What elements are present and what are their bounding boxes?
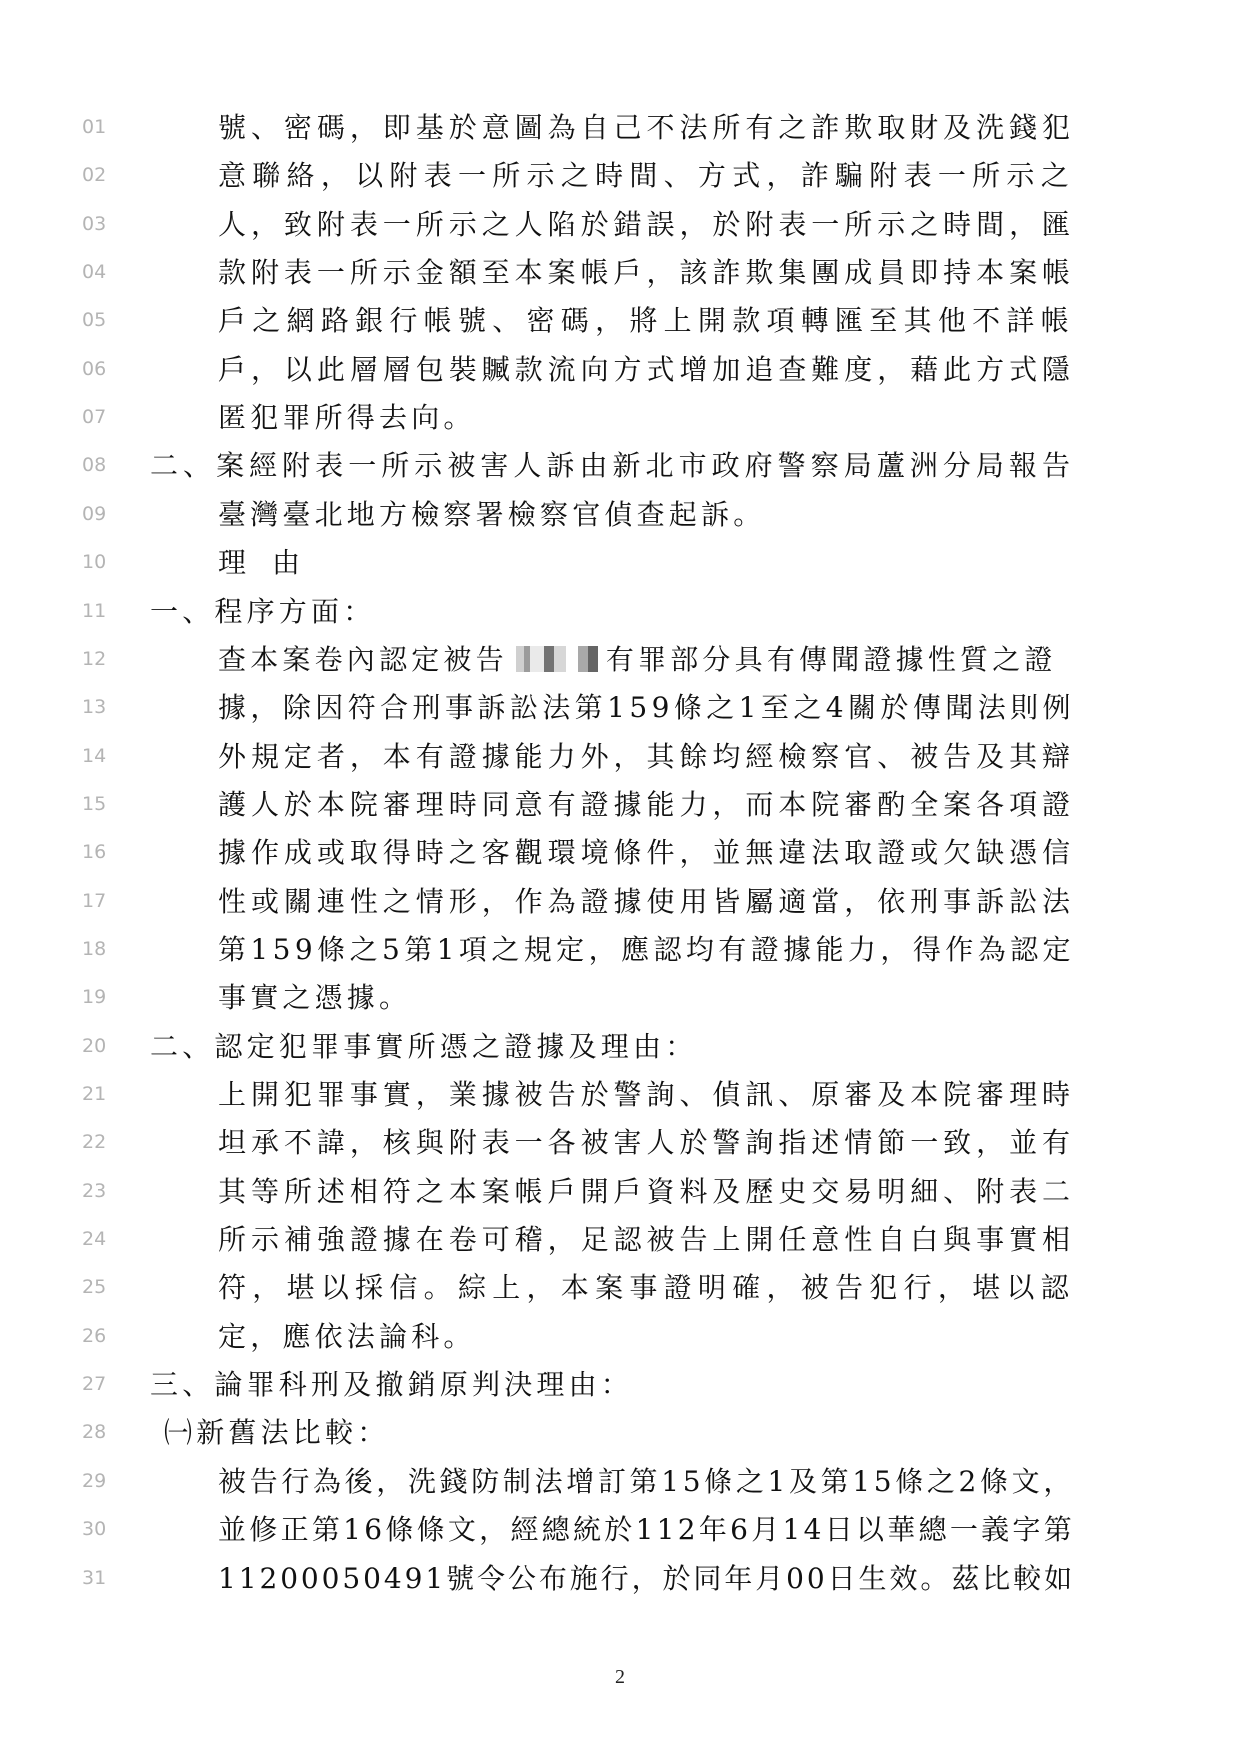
line-number: 26	[82, 1325, 122, 1347]
line-number: 10	[82, 551, 122, 573]
document-line: 23其等所述相符之本案帳戶開戶資料及歷史交易明細、附表二	[0, 1170, 1240, 1218]
line-number: 24	[82, 1228, 122, 1250]
line-text: 款附表一所示金額至本案帳戶，該詐欺集團成員即持本案帳	[218, 255, 1075, 291]
line-number: 04	[82, 261, 122, 283]
document-line: 29被告行為後，洗錢防制法增訂第15條之1及第15條之2條文，	[0, 1460, 1240, 1508]
document-line: 05戶之網路銀行帳號、密碼，將上開款項轉匯至其他不詳帳	[0, 299, 1240, 347]
reasons-title: 理由	[218, 545, 326, 581]
line-number: 14	[82, 745, 122, 767]
document-line: 16據作成或取得時之客觀環境條件，並無違法取證或欠缺憑信	[0, 831, 1240, 879]
subsection-heading: ㈠新舊法比較：	[164, 1415, 389, 1451]
line-text: 據，除因符合刑事訴訟法第159條之1至之4關於傳聞法則例	[218, 690, 1075, 726]
line-number: 03	[82, 213, 122, 235]
document-line: 28㈠新舊法比較：	[0, 1411, 1240, 1459]
section-heading: 二、案經附表一所示被害人訴由新北市政府警察局蘆洲分局報告	[150, 448, 1075, 484]
line-number: 29	[82, 1470, 122, 1492]
section-heading: 二、認定犯罪事實所憑之證據及理由：	[150, 1029, 697, 1065]
document-line: 03人，致附表一所示之人陷於錯誤，於附表一所示之時間，匯	[0, 203, 1240, 251]
document-line: 24所示補強證據在卷可稽，足認被告上開任意性自白與事實相	[0, 1218, 1240, 1266]
line-number: 09	[82, 503, 122, 525]
line-number: 30	[82, 1518, 122, 1540]
line-text: 符，堪以採信。綜上，本案事證明確，被告犯行，堪以認	[218, 1270, 1075, 1306]
line-text: 性或關連性之情形，作為證據使用皆屬適當，依刑事訴訟法	[218, 884, 1075, 920]
line-text: 所示補強證據在卷可稽，足認被告上開任意性自白與事實相	[218, 1222, 1075, 1258]
document-line: 13據，除因符合刑事訴訟法第159條之1至之4關於傳聞法則例	[0, 686, 1240, 734]
line-number: 15	[82, 793, 122, 815]
document-line: 20二、認定犯罪事實所憑之證據及理由：	[0, 1025, 1240, 1073]
line-text: 11200050491號令公布施行，於同年月00日生效。茲比較如	[218, 1561, 1075, 1597]
line-text: 事實之憑據。	[218, 980, 411, 1016]
section-heading: 三、論罪科刑及撤銷原判決理由：	[150, 1367, 633, 1403]
document-page: 01號、密碼，即基於意圖為自己不法所有之詐欺取財及洗錢犯02意聯絡，以附表一所示…	[0, 0, 1240, 1755]
line-number: 28	[82, 1421, 122, 1443]
line-number: 11	[82, 600, 122, 622]
line-text: 坦承不諱，核與附表一各被害人於警詢指述情節一致，並有	[218, 1125, 1075, 1161]
redacted-name-block	[508, 646, 606, 672]
document-line: 07匿犯罪所得去向。	[0, 396, 1240, 444]
line-number: 05	[82, 309, 122, 331]
line-number: 21	[82, 1083, 122, 1105]
line-text: 上開犯罪事實，業據被告於警詢、偵訊、原審及本院審理時	[218, 1077, 1075, 1113]
line-text: 被告行為後，洗錢防制法增訂第15條之1及第15條之2條文，	[218, 1464, 1075, 1500]
line-text: 第159條之5第1項之規定，應認均有證據能力，得作為認定	[218, 932, 1075, 968]
document-line: 10理由	[0, 541, 1240, 589]
line-text: 意聯絡，以附表一所示之時間、方式，詐騙附表一所示之	[218, 158, 1075, 194]
line-text: 護人於本院審理時同意有證據能力，而本院審酌全案各項證	[218, 787, 1075, 823]
line-number: 06	[82, 358, 122, 380]
line-number: 27	[82, 1373, 122, 1395]
line-number: 23	[82, 1180, 122, 1202]
document-line: 26定，應依法論科。	[0, 1315, 1240, 1363]
line-number: 31	[82, 1567, 122, 1589]
line-text: 臺灣臺北地方檢察署檢察官偵查起訴。	[218, 497, 765, 533]
document-line: 3111200050491號令公布施行，於同年月00日生效。茲比較如	[0, 1557, 1240, 1605]
line-number: 08	[82, 454, 122, 476]
line-text: 外規定者，本有證據能力外，其餘均經檢察官、被告及其辯	[218, 739, 1075, 775]
document-line: 12查本案卷內認定被告有罪部分具有傳聞證據性質之證	[0, 638, 1240, 686]
document-line: 27三、論罪科刑及撤銷原判決理由：	[0, 1363, 1240, 1411]
line-number: 02	[82, 164, 122, 186]
document-line: 17性或關連性之情形，作為證據使用皆屬適當，依刑事訴訟法	[0, 880, 1240, 928]
document-line: 14外規定者，本有證據能力外，其餘均經檢察官、被告及其辯	[0, 735, 1240, 783]
line-text: 戶之網路銀行帳號、密碼，將上開款項轉匯至其他不詳帳	[218, 303, 1075, 339]
line-number: 18	[82, 938, 122, 960]
line-text: 據作成或取得時之客觀環境條件，並無違法取證或欠缺憑信	[218, 835, 1075, 871]
document-line: 25符，堪以採信。綜上，本案事證明確，被告犯行，堪以認	[0, 1266, 1240, 1314]
line-number: 12	[82, 648, 122, 670]
document-line: 19事實之憑據。	[0, 976, 1240, 1024]
document-line: 06戶，以此層層包裝贓款流向方式增加追查難度，藉此方式隱	[0, 348, 1240, 396]
line-number: 07	[82, 406, 122, 428]
document-line: 11一、程序方面：	[0, 590, 1240, 638]
line-text-after: 有罪部分具有傳聞證據性質之證	[606, 643, 1057, 676]
document-line: 08二、案經附表一所示被害人訴由新北市政府警察局蘆洲分局報告	[0, 444, 1240, 492]
document-line: 09臺灣臺北地方檢察署檢察官偵查起訴。	[0, 493, 1240, 541]
line-text: 其等所述相符之本案帳戶開戶資料及歷史交易明細、附表二	[218, 1174, 1075, 1210]
document-line: 01號、密碼，即基於意圖為自己不法所有之詐欺取財及洗錢犯	[0, 106, 1240, 154]
document-line: 30並修正第16條條文，經總統於112年6月14日以華總一義字第	[0, 1508, 1240, 1556]
line-number: 17	[82, 890, 122, 912]
document-line: 02意聯絡，以附表一所示之時間、方式，詐騙附表一所示之	[0, 154, 1240, 202]
line-number: 13	[82, 696, 122, 718]
line-number: 25	[82, 1276, 122, 1298]
line-text: 匿犯罪所得去向。	[218, 400, 476, 436]
line-text: 人，致附表一所示之人陷於錯誤，於附表一所示之時間，匯	[218, 207, 1075, 243]
line-text: 號、密碼，即基於意圖為自己不法所有之詐欺取財及洗錢犯	[218, 110, 1075, 146]
line-number: 16	[82, 841, 122, 863]
line-number: 01	[82, 116, 122, 138]
document-line: 18第159條之5第1項之規定，應認均有證據能力，得作為認定	[0, 928, 1240, 976]
section-heading: 一、程序方面：	[150, 594, 375, 630]
line-number: 19	[82, 986, 122, 1008]
document-line: 15護人於本院審理時同意有證據能力，而本院審酌全案各項證	[0, 783, 1240, 831]
document-line: 04款附表一所示金額至本案帳戶，該詐欺集團成員即持本案帳	[0, 251, 1240, 299]
page-number: 2	[0, 1666, 1240, 1689]
line-number: 20	[82, 1035, 122, 1057]
document-line: 22坦承不諱，核與附表一各被害人於警詢指述情節一致，並有	[0, 1121, 1240, 1169]
line-text: 查本案卷內認定被告有罪部分具有傳聞證據性質之證	[218, 642, 1057, 678]
line-text: 並修正第16條條文，經總統於112年6月14日以華總一義字第	[218, 1512, 1075, 1548]
line-text-before: 查本案卷內認定被告	[218, 643, 508, 676]
line-number: 22	[82, 1131, 122, 1153]
document-line: 21上開犯罪事實，業據被告於警詢、偵訊、原審及本院審理時	[0, 1073, 1240, 1121]
line-text: 定，應依法論科。	[218, 1319, 476, 1355]
line-text: 戶，以此層層包裝贓款流向方式增加追查難度，藉此方式隱	[218, 352, 1075, 388]
